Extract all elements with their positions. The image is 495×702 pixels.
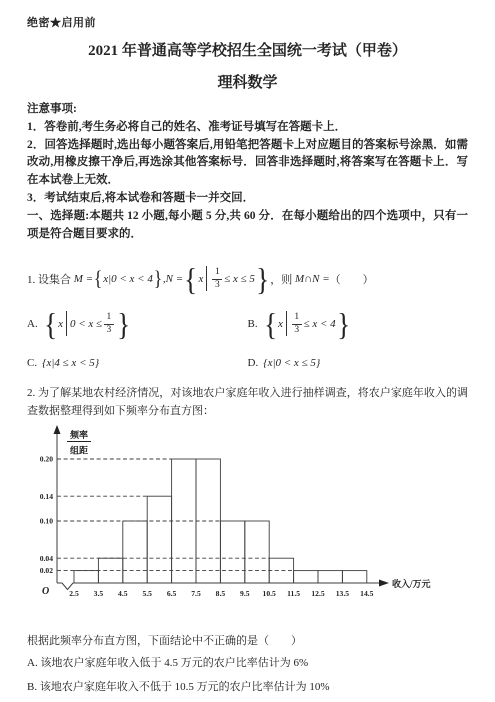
y-tick-label: 0.20 <box>40 454 53 463</box>
x-tick-label: 13.5 <box>336 589 349 598</box>
notice-heading: 注意事项: <box>27 101 468 119</box>
secrecy-label: 绝密★启用前 <box>27 14 468 30</box>
histogram-bar <box>74 570 98 582</box>
y-axis-arrow-icon <box>54 425 61 434</box>
y-tick-label: 0.10 <box>40 516 53 525</box>
x-tick-label: 3.5 <box>94 589 104 598</box>
fraction-numerator: 1 <box>292 312 302 325</box>
histogram-bar <box>123 521 147 583</box>
x-tick-label: 11.5 <box>287 589 300 598</box>
right-brace: } <box>154 268 163 289</box>
set-divider-bar <box>286 311 287 336</box>
x-axis-arrow-icon <box>379 579 389 586</box>
histogram-bar <box>294 570 318 582</box>
x-tick-label: 10.5 <box>263 589 276 598</box>
question-2-conclusion: 根据此频率分布直方图，下面结论中不正确的是（ ） <box>27 632 468 651</box>
notice-item-1: 1．答卷前,考生务必将自己的姓名、准考证号填写在答题卡上． <box>27 119 468 137</box>
fraction-one-third: 13 <box>104 312 114 336</box>
fraction-numerator: 1 <box>104 312 114 325</box>
option-b: B. { x 13 ≤ x < 4 } <box>248 308 469 340</box>
fraction-numerator: 1 <box>212 267 222 280</box>
option-b-variable: x <box>278 318 283 330</box>
fraction-denominator: 3 <box>107 325 112 336</box>
option-a-label: A. <box>27 318 38 330</box>
histogram-bar <box>245 521 269 583</box>
option-c: C. {x|4 ≤ x < 5} <box>27 357 248 369</box>
set-divider-bar <box>66 311 67 336</box>
set-m-label: M = <box>74 273 93 285</box>
answer-blank-parens: （ ） <box>330 271 374 287</box>
option-b-condition: ≤ x < 4 <box>304 318 336 330</box>
y-tick-label: 0.14 <box>40 492 53 501</box>
x-tick-label: 7.5 <box>191 589 201 598</box>
fraction-one-third: 13 <box>212 267 222 291</box>
right-brace: } <box>117 308 130 340</box>
histogram-svg: 频率 组距 O 收入/万元 0.020.040.100.140.20 2.53.… <box>27 424 467 616</box>
x-tick-label: 5.5 <box>142 589 152 598</box>
y-tick-labels: 0.020.040.100.140.20 <box>40 454 53 575</box>
x-tick-labels: 2.53.54.55.56.57.58.59.510.511.512.513.5… <box>69 589 373 598</box>
set-divider-bar <box>206 266 207 291</box>
fraction-denominator: 3 <box>215 280 220 291</box>
histogram-bar <box>318 570 342 582</box>
fraction-one-third: 13 <box>292 312 302 336</box>
y-axis-label-denominator: 组距 <box>70 444 88 455</box>
x-tick-label: 6.5 <box>167 589 177 598</box>
question-2-options: A. 该地农户家庭年收入低于 4.5 万元的农户比率估计为 6% B. 该地农户… <box>27 651 468 701</box>
notice-item-2: 2．回答选择题时,选出每小题答案后,用铅笔把答题卡上对应题目的答案标号涂黑．如需… <box>27 137 468 190</box>
then-text: ，则 <box>270 271 295 287</box>
option-c-label: C. <box>27 357 37 369</box>
question-1-stem: 1. 设集合 M = { x|0 < x < 4 } , N = { x 13 … <box>27 258 468 300</box>
x-tick-label: 12.5 <box>311 589 324 598</box>
question-2-option-b: B. 该地农户家庭年收入不低于 10.5 万元的农户比率估计为 10% <box>27 675 468 700</box>
option-d-label: D. <box>248 357 259 369</box>
left-brace: { <box>184 263 197 295</box>
x-tick-label: 4.5 <box>118 589 128 598</box>
x-tick-label: 14.5 <box>360 589 373 598</box>
set-m-body: x|0 < x < 4 <box>103 273 153 285</box>
option-d: D. {x|0 < x ≤ 5} <box>248 357 469 369</box>
set-n-variable: x <box>199 273 204 285</box>
x-tick-label: 9.5 <box>240 589 250 598</box>
histogram-bar <box>147 496 171 583</box>
question-2-stem: 2. 为了解某地农村经济情况，对该地农户家庭年收入进行抽样调查，将农户家庭年收入… <box>27 384 468 421</box>
x-tick-label: 2.5 <box>69 589 79 598</box>
question-2-option-a: A. 该地农户家庭年收入低于 4.5 万元的农户比率估计为 6% <box>27 651 468 676</box>
y-tick-label: 0.04 <box>40 554 53 563</box>
dashed-gridlines <box>57 459 294 571</box>
option-a-variable: x <box>58 318 63 330</box>
notice-item-3: 3．考试结束后,将本试卷和答题卡一并交回． <box>27 190 468 208</box>
x-axis-label: 收入/万元 <box>392 578 431 589</box>
left-brace: { <box>264 308 277 340</box>
left-brace: { <box>94 268 103 289</box>
origin-label: O <box>42 586 49 597</box>
option-b-label: B. <box>248 318 258 330</box>
right-brace: } <box>256 263 269 295</box>
right-brace: } <box>337 308 350 340</box>
exam-paper-page: 绝密★启用前 2021 年普通高等学校招生全国统一考试（甲卷） 理科数学 注意事… <box>0 0 495 702</box>
fraction-denominator: 3 <box>294 325 299 336</box>
question-1-number-text: 1. 设集合 <box>27 271 74 287</box>
question-1-options-row-2: C. {x|4 ≤ x < 5} D. {x|0 < x ≤ 5} <box>27 351 468 375</box>
question-1-options-row-1: A. { x 0 < x ≤ 13 } B. { x 13 ≤ x < 4 } <box>27 302 468 346</box>
left-brace: { <box>44 308 57 340</box>
histogram-bar <box>342 570 366 582</box>
notice-section: 注意事项: 1．答卷前,考生务必将自己的姓名、准考证号填写在答题卡上． 2．回答… <box>27 101 468 244</box>
y-tick-label: 0.02 <box>40 566 53 575</box>
frequency-histogram: 频率 组距 O 收入/万元 0.020.040.100.140.20 2.53.… <box>27 424 468 621</box>
option-d-body: {x|0 < x ≤ 5} <box>263 357 320 369</box>
set-n-label: N = <box>166 273 184 285</box>
option-a: A. { x 0 < x ≤ 13 } <box>27 308 248 340</box>
histogram-bar <box>220 521 244 583</box>
exam-subject-title: 理科数学 <box>27 71 468 92</box>
y-axis-label-numerator: 频率 <box>70 429 88 440</box>
set-n-condition: ≤ x ≤ 5 <box>224 273 255 285</box>
option-c-body: {x|4 ≤ x < 5} <box>42 357 99 369</box>
option-a-condition: 0 < x ≤ <box>70 318 102 330</box>
x-tick-label: 8.5 <box>216 589 226 598</box>
intersection-expression: M∩N = <box>295 273 330 285</box>
section-1-heading: 一、选择题:本题共 12 小题,每小题 5 分,共 60 分．在每小题给出的四个… <box>27 208 468 244</box>
exam-title: 2021 年普通高等学校招生全国统一考试（甲卷） <box>27 39 468 60</box>
